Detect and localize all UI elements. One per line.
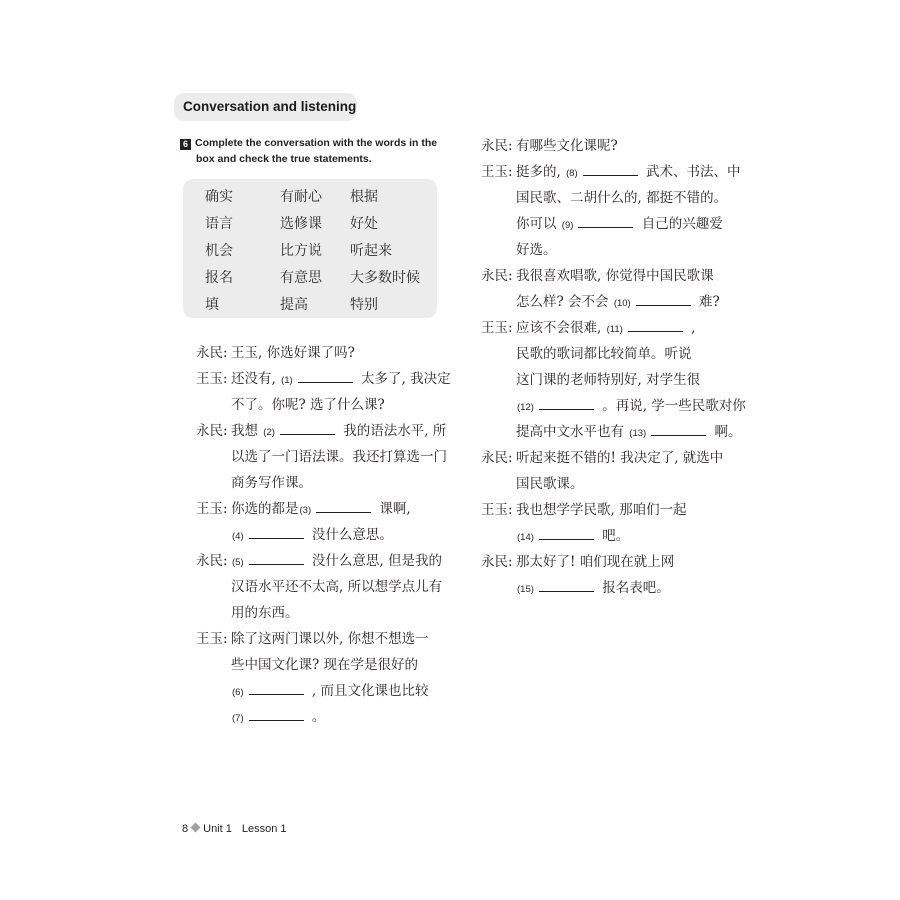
speaker-label: 永民: — [196, 548, 228, 574]
dialogue-text: 除了这两门课以外, 你想不想选一 — [231, 631, 429, 647]
blank-number: (5) — [232, 557, 244, 568]
dialogue-line: (5) 没什么意思, 但是我的 — [196, 548, 446, 574]
dialogue-turn: 王玉:我也想学学民歌, 那咱们一起(14) 吧。 — [481, 497, 731, 549]
fill-in-blank[interactable] — [583, 161, 638, 176]
dialogue-column-right: 永民:有哪些文化课呢?王玉:挺多的, (8) 武术、书法、中国民歌、二胡什么的,… — [481, 133, 731, 601]
blank-number: (9) — [562, 220, 574, 231]
word-box-item: 语言 — [205, 213, 280, 240]
instruction-line-2: box and check the true statements. — [180, 151, 450, 167]
word-box-item: 报名 — [205, 267, 280, 294]
dialogue-line: (14) 吧。 — [481, 523, 731, 549]
fill-in-blank[interactable] — [628, 317, 683, 332]
dialogue-text: 挺多的, — [516, 164, 565, 180]
speaker-label: 永民: — [481, 263, 513, 289]
speaker-label: 永民: — [196, 340, 228, 366]
dialogue-text: 难? — [695, 294, 720, 310]
dialogue-line: 应该不会很难, (11) , — [481, 315, 731, 341]
speaker-label: 永民: — [481, 549, 513, 575]
speaker-label: 王玉: — [196, 626, 228, 652]
lesson-label: Lesson 1 — [242, 823, 287, 835]
word-box-item: 特别 — [350, 294, 440, 321]
dialogue-turn: 永民:我想 (2) 我的语法水平, 所以选了一门语法课。我还打算选一门商务写作课… — [196, 418, 446, 496]
word-box-item: 机会 — [205, 240, 280, 267]
dialogue-line: 这门课的老师特别好, 对学生很 — [481, 367, 731, 393]
dialogue-text: 自己的兴趣爱 — [637, 216, 722, 232]
dialogue-text: 。再说, 学一些民歌对你 — [598, 398, 746, 414]
word-box-item: 好处 — [350, 213, 440, 240]
dialogue-text: 以选了一门语法课。我还打算选一门 — [231, 449, 447, 465]
dialogue-line: 怎么样? 会不会 (10) 难? — [481, 289, 731, 315]
dialogue-line: 王玉, 你选好课了吗? — [196, 340, 446, 366]
dialogue-turn: 王玉:应该不会很难, (11) ,民歌的歌词都比较简单。听说这门课的老师特别好,… — [481, 315, 731, 445]
word-box-item: 选修课 — [280, 213, 350, 240]
section-title: Conversation and listening — [183, 99, 356, 114]
dialogue-text: , — [687, 320, 696, 336]
dialogue-turn: 永民:听起来挺不错的! 我决定了, 就选中国民歌课。 — [481, 445, 731, 497]
unit-label: Unit 1 — [203, 823, 232, 835]
word-box-item: 确实 — [205, 186, 280, 213]
dialogue-text: 怎么样? 会不会 — [516, 294, 613, 310]
dialogue-text: 啊。 — [710, 424, 741, 440]
dialogue-text: 这门课的老师特别好, 对学生很 — [516, 372, 700, 388]
dialogue-text: 没什么意思。 — [308, 527, 393, 543]
dialogue-text: 我也想学学民歌, 那咱们一起 — [516, 502, 687, 518]
dialogue-line: 汉语水平还不太高, 所以想学点儿有 — [196, 574, 446, 600]
dialogue-line: (6) , 而且文化课也比较 — [196, 678, 446, 704]
dialogue-turn: 永民:王玉, 你选好课了吗? — [196, 340, 446, 366]
dialogue-column-left: 永民:王玉, 你选好课了吗?王玉:还没有, (1) 太多了, 我决定不了。你呢?… — [196, 340, 446, 730]
dialogue-text: 报名表吧。 — [598, 580, 670, 596]
dialogue-text: 应该不会很难, — [516, 320, 606, 336]
dialogue-line: 我想 (2) 我的语法水平, 所 — [196, 418, 446, 444]
dialogue-line: 民歌的歌词都比较简单。听说 — [481, 341, 731, 367]
dialogue-line: 不了。你呢? 选了什么课? — [196, 392, 446, 418]
dialogue-turn: 王玉:还没有, (1) 太多了, 我决定不了。你呢? 选了什么课? — [196, 366, 446, 418]
word-box-item: 有意思 — [280, 267, 350, 294]
word-box-item: 比方说 — [280, 240, 350, 267]
speaker-label: 王玉: — [481, 159, 513, 185]
dialogue-text: 王玉, 你选好课了吗? — [231, 345, 355, 361]
word-box-item: 有耐心 — [280, 186, 350, 213]
dialogue-text: 国民歌、二胡什么的, 都挺不错的。 — [516, 190, 727, 206]
dialogue-line: 还没有, (1) 太多了, 我决定 — [196, 366, 446, 392]
fill-in-blank[interactable] — [249, 524, 304, 539]
dialogue-text: 用的东西。 — [231, 605, 299, 621]
dialogue-line: 国民歌课。 — [481, 471, 731, 497]
blank-number: (14) — [517, 532, 534, 543]
dialogue-text: 你可以 — [516, 216, 561, 232]
dialogue-turn: 永民:那太好了! 咱们现在就上网(15) 报名表吧。 — [481, 549, 731, 601]
dialogue-text: 。 — [308, 709, 326, 725]
section-header: Conversation and listening — [174, 93, 357, 121]
speaker-label: 王玉: — [196, 366, 228, 392]
dialogue-line: (4) 没什么意思。 — [196, 522, 446, 548]
dialogue-text: 好选。 — [516, 242, 557, 258]
blank-number: (8) — [566, 168, 578, 179]
dialogue-line: 商务写作课。 — [196, 470, 446, 496]
dialogue-turn: 王玉:除了这两门课以外, 你想不想选一些中国文化课? 现在学是很好的(6) , … — [196, 626, 446, 730]
dialogue-line: 国民歌、二胡什么的, 都挺不错的。 — [481, 185, 731, 211]
dialogue-text: 我的语法水平, 所 — [339, 423, 446, 439]
speaker-label: 永民: — [481, 133, 513, 159]
dialogue-line: 些中国文化课? 现在学是很好的 — [196, 652, 446, 678]
dialogue-text: 些中国文化课? 现在学是很好的 — [231, 657, 418, 673]
dialogue-text: 民歌的歌词都比较简单。听说 — [516, 346, 692, 362]
fill-in-blank[interactable] — [539, 395, 594, 410]
speaker-label: 永民: — [196, 418, 228, 444]
blank-number: (2) — [263, 427, 275, 438]
fill-in-blank[interactable] — [280, 420, 335, 435]
exercise-instruction: 6Complete the conversation with the word… — [180, 135, 450, 167]
speaker-label: 王玉: — [196, 496, 228, 522]
page-footer: 8Unit 1Lesson 1 — [182, 823, 287, 835]
dialogue-line: 除了这两门课以外, 你想不想选一 — [196, 626, 446, 652]
dialogue-text: 听起来挺不错的! 我决定了, 就选中 — [516, 450, 723, 466]
dialogue-line: 我很喜欢唱歌, 你觉得中国民歌课 — [481, 263, 731, 289]
fill-in-blank[interactable] — [539, 577, 594, 592]
dialogue-text: 国民歌课。 — [516, 476, 584, 492]
dialogue-line: 听起来挺不错的! 我决定了, 就选中 — [481, 445, 731, 471]
dialogue-line: 那太好了! 咱们现在就上网 — [481, 549, 731, 575]
dialogue-turn: 王玉:挺多的, (8) 武术、书法、中国民歌、二胡什么的, 都挺不错的。你可以 … — [481, 159, 731, 263]
dialogue-text: 太多了, 我决定 — [357, 371, 451, 387]
page-number: 8 — [182, 823, 188, 835]
word-box-item: 大多数时候 — [350, 267, 440, 294]
fill-in-blank[interactable] — [298, 368, 353, 383]
dialogue-line: 用的东西。 — [196, 600, 446, 626]
fill-in-blank[interactable] — [316, 498, 371, 513]
dialogue-text: 商务写作课。 — [231, 475, 312, 491]
dialogue-text: 课啊, — [375, 501, 411, 517]
dialogue-line: 你可以 (9) 自己的兴趣爱 — [481, 211, 731, 237]
dialogue-text: 有哪些文化课呢? — [516, 138, 618, 154]
dialogue-turn: 永民:有哪些文化课呢? — [481, 133, 731, 159]
dialogue-line: 以选了一门语法课。我还打算选一门 — [196, 444, 446, 470]
diamond-bullet-icon — [191, 823, 201, 833]
dialogue-text: 我想 — [231, 423, 262, 439]
speaker-label: 永民: — [481, 445, 513, 471]
word-box-item: 提高 — [280, 294, 350, 321]
instruction-line-1: Complete the conversation with the words… — [195, 137, 437, 149]
dialogue-text: 提高中文水平也有 — [516, 424, 628, 440]
speaker-label: 王玉: — [481, 315, 513, 341]
dialogue-line: 好选。 — [481, 237, 731, 263]
blank-number: (1) — [281, 375, 293, 386]
speaker-label: 王玉: — [481, 497, 513, 523]
dialogue-text: 汉语水平还不太高, 所以想学点儿有 — [231, 579, 442, 595]
dialogue-turn: 永民:(5) 没什么意思, 但是我的汉语水平还不太高, 所以想学点儿有用的东西。 — [196, 548, 446, 626]
blank-number: (10) — [614, 298, 631, 309]
blank-number: (12) — [517, 402, 534, 413]
dialogue-turn: 永民:我很喜欢唱歌, 你觉得中国民歌课怎么样? 会不会 (10) 难? — [481, 263, 731, 315]
word-box: 确实有耐心根据语言选修课好处机会比方说听起来报名有意思大多数时候填提高特别 — [183, 179, 437, 318]
dialogue-text: 吧。 — [598, 528, 629, 544]
dialogue-turn: 王玉:你选的都是(3) 课啊,(4) 没什么意思。 — [196, 496, 446, 548]
dialogue-text: , 而且文化课也比较 — [308, 683, 429, 699]
fill-in-blank[interactable] — [539, 525, 594, 540]
dialogue-text: 那太好了! 咱们现在就上网 — [516, 554, 674, 570]
fill-in-blank[interactable] — [249, 550, 304, 565]
word-box-item: 根据 — [350, 186, 440, 213]
word-box-item: 填 — [205, 294, 280, 321]
word-box-item: 听起来 — [350, 240, 440, 267]
dialogue-text: 我很喜欢唱歌, 你觉得中国民歌课 — [516, 268, 714, 284]
dialogue-text: 不了。你呢? 选了什么课? — [231, 397, 385, 413]
blank-number: (3) — [300, 505, 312, 516]
fill-in-blank[interactable] — [578, 213, 633, 228]
blank-number: (13) — [629, 428, 646, 439]
word-grid: 确实有耐心根据语言选修课好处机会比方说听起来报名有意思大多数时候填提高特别 — [205, 186, 437, 321]
dialogue-line: (7) 。 — [196, 704, 446, 730]
dialogue-line: (15) 报名表吧。 — [481, 575, 731, 601]
dialogue-line: 你选的都是(3) 课啊, — [196, 496, 446, 522]
dialogue-text: 武术、书法、中 — [642, 164, 741, 180]
blank-number: (7) — [232, 713, 244, 724]
dialogue-line: (12) 。再说, 学一些民歌对你 — [481, 393, 731, 419]
blank-number: (15) — [517, 584, 534, 595]
fill-in-blank[interactable] — [249, 706, 304, 721]
dialogue-text: 没什么意思, 但是我的 — [308, 553, 442, 569]
dialogue-line: 有哪些文化课呢? — [481, 133, 731, 159]
exercise-number: 6 — [180, 139, 191, 150]
fill-in-blank[interactable] — [636, 291, 691, 306]
dialogue-text: 你选的都是 — [231, 501, 299, 517]
blank-number: (4) — [232, 531, 244, 542]
blank-number: (6) — [232, 687, 244, 698]
dialogue-line: 挺多的, (8) 武术、书法、中 — [481, 159, 731, 185]
dialogue-text: 还没有, — [231, 371, 280, 387]
fill-in-blank[interactable] — [249, 680, 304, 695]
dialogue-line: 我也想学学民歌, 那咱们一起 — [481, 497, 731, 523]
fill-in-blank[interactable] — [651, 421, 706, 436]
blank-number: (11) — [607, 324, 623, 335]
dialogue-line: 提高中文水平也有 (13) 啊。 — [481, 419, 731, 445]
